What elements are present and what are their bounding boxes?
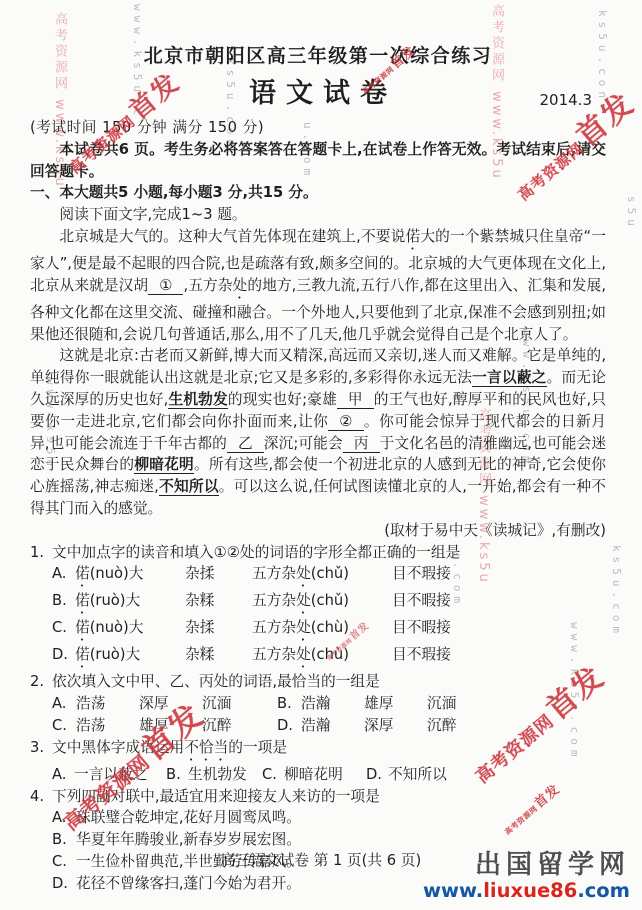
passage-paragraph-2: 这就是北京:古老而又新鲜,博大而又精深,高远而又亲切,迷人而又难解。它是单纯的,…	[30, 345, 606, 519]
option-word: 杂糅	[185, 644, 252, 671]
passage-paragraph-1: 北京城是大气的。这种大气首先体现在建筑上,不要说偌大的一个紫禁城只住皇帝“一家人…	[30, 226, 606, 345]
liuxue86-site-name: 出国留学网	[423, 852, 630, 878]
option-item: D.不知所以	[366, 764, 606, 786]
emphasis-dot-word: 不恰当	[184, 739, 228, 756]
question-number: 2.	[30, 671, 52, 693]
passage-text: 的现实也好;豪雄	[228, 391, 337, 408]
option-row: B.华夏年年腾骏业,新春岁岁展宏图。	[52, 829, 606, 851]
question-2-stem: 2.依次填入文中甲、乙、丙处的词语,最恰当的一组是	[30, 671, 606, 693]
liuxue86-url: www.liuxue86.com	[423, 881, 630, 901]
option-word: 五方杂处(chù)	[252, 644, 392, 671]
fill-blank-2: ②	[328, 413, 364, 431]
fill-blank-yi: 乙	[227, 435, 264, 453]
passage-source: (取材于易中天《读城记》,有删改)	[30, 520, 606, 542]
question-number: 4.	[30, 786, 52, 808]
option-item: B.生机勃发	[166, 764, 262, 786]
option-label: D.	[52, 644, 75, 671]
question-3-stem: 3.文中黑体字成语运用不恰当的一项是	[30, 737, 606, 764]
option-word: 目不暇接	[392, 617, 606, 644]
passage-text: 深沉;可能会	[264, 435, 343, 452]
option-word: 偌(nuò)大	[75, 617, 185, 644]
passage-text: 北京城是大气的。这种大气首先体现在建筑上,不要说	[59, 228, 405, 245]
option-cell: A.浩荡深厚沉湎	[52, 693, 277, 715]
passage-text: ,五方杂	[183, 277, 232, 294]
question-stem-text: 文中黑体字成语运用	[52, 739, 184, 756]
document-content: 北京市朝阳区高三年级第一次综合练习 语文试卷 2014.3 (考试时间 150 …	[30, 40, 606, 895]
option-item: A.一言以蔽之	[52, 764, 166, 786]
watermark-url-vertical: s5u	[625, 196, 638, 231]
option-word: 目不暇接	[392, 590, 606, 617]
question-number: 1.	[30, 542, 52, 564]
emphasis-dot-char: 偌	[405, 228, 420, 245]
bold-idiom: 柳暗花明	[134, 456, 194, 474]
exam-notice: 本试卷共6 页。考生务必将答案答在答题卡上,在试卷上作答无效。考试结束后,请交回…	[30, 139, 606, 183]
exam-paper-page: www.ks5u.c ks5u.com u.com www.ks5u www.k…	[0, 0, 642, 910]
option-word: 五方杂处(chǔ)	[252, 563, 392, 590]
fill-blank-1: ①	[148, 277, 183, 295]
option-word: 目不瑕接	[392, 644, 606, 671]
question-4-stem: 4.下列四副对联中,最适宜用来迎接友人来访的一项是	[30, 786, 606, 808]
fill-blank-bing: 丙	[343, 435, 380, 453]
watermark-url-vertical: ks5u.com	[610, 545, 623, 638]
option-word: 目不瑕接	[392, 563, 606, 590]
question-stem-text: 文中加点字的读音和填入①②处的词语的字形全都正确的一组是	[52, 544, 460, 561]
question-stem-text: 依次填入文中甲、乙、丙处的词语,最恰当的一组是	[52, 673, 380, 690]
option-cell: C.浩荡雄厚沉醉	[52, 715, 277, 737]
option-word: 偌(nuò)大	[75, 563, 185, 590]
option-word: 杂揉	[185, 563, 252, 590]
option-word: 五方杂处(chǔ)	[252, 590, 392, 617]
question-number: 3.	[30, 737, 52, 759]
question-1-options: A.偌(nuò)大杂揉五方杂处(chǔ)目不瑕接 B.偌(ruò)大杂糅五方杂处…	[52, 563, 606, 671]
option-word: 杂糅	[185, 590, 252, 617]
option-word: 五方杂处(chù)	[252, 617, 392, 644]
option-label: B.	[52, 590, 75, 617]
question-stem-text: 的一项是	[228, 739, 287, 756]
question-3-options: A.一言以蔽之 B.生机勃发 C.柳暗花明 D.不知所以	[52, 764, 606, 786]
liuxue86-branding: 出国留学网 www.liuxue86.com	[423, 852, 630, 901]
question-stem-text: 下列四副对联中,最适宜用来迎接友人来访的一项是	[52, 788, 380, 805]
option-word: 杂揉	[185, 617, 252, 644]
exam-title-line: 北京市朝阳区高三年级第一次综合练习	[30, 44, 606, 68]
option-label: A.	[52, 563, 75, 590]
bold-idiom: 生机勃发	[168, 391, 228, 409]
option-word: 偌(ruò)大	[75, 590, 185, 617]
option-cell: D.浩瀚深厚沉醉	[277, 715, 606, 737]
bold-idiom: 一言以蔽之	[472, 369, 547, 387]
section-one-heading: 一、本大题共5 小题,每小题3 分,共15 分。	[30, 182, 606, 204]
option-item: C.柳暗花明	[262, 764, 366, 786]
exam-meta: (考试时间 150 分钟 满分 150 分)	[30, 117, 606, 139]
bold-idiom: 不知所以	[159, 478, 219, 496]
option-word: 偌(ruò)大	[75, 644, 185, 671]
reading-instruction: 阅读下面文字,完成1~3 题。	[30, 204, 606, 226]
option-cell: B.浩瀚雄厚沉湎	[277, 693, 606, 715]
paper-title: 语文试卷	[30, 77, 606, 110]
fill-blank-jia: 甲	[337, 391, 374, 409]
question-1-stem: 1.文中加点字的读音和填入①②处的词语的字形全都正确的一组是	[30, 542, 606, 564]
emphasis-dot-char: 处	[233, 277, 248, 294]
exam-date: 2014.3	[540, 91, 593, 109]
option-label: C.	[52, 617, 75, 644]
question-2-options: A.浩荡深厚沉湎 B.浩瀚雄厚沉湎 C.浩荡雄厚沉醉 D.浩瀚深厚沉醉	[52, 693, 606, 737]
paper-title-row: 语文试卷 2014.3	[30, 77, 606, 110]
option-row: A.珠联璧合乾坤定,花好月圆鸾凤鸣。	[52, 807, 606, 829]
